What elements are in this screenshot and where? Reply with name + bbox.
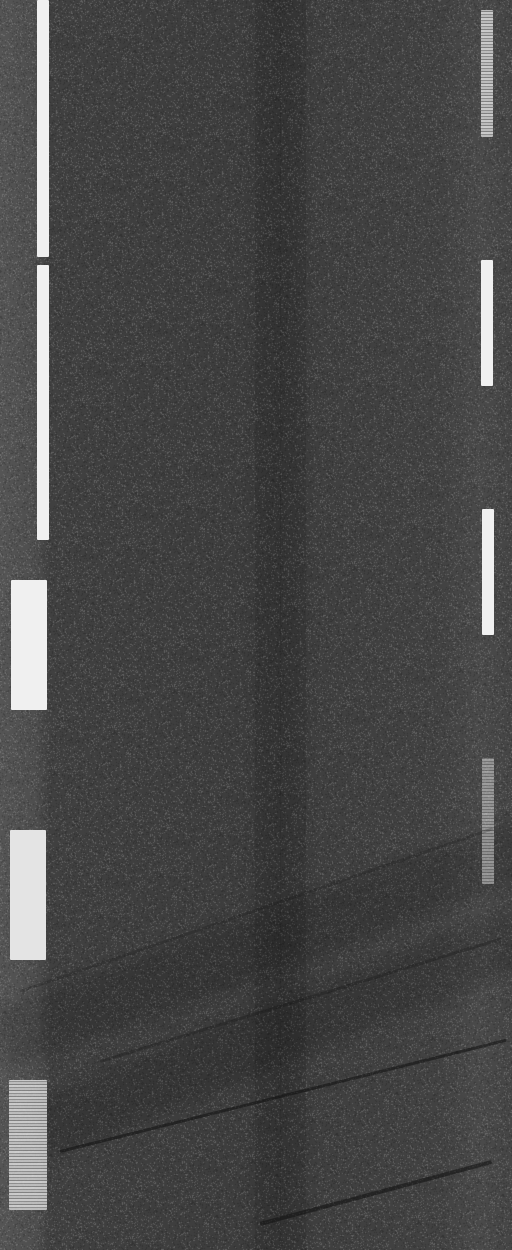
lane-marking-right — [482, 509, 494, 635]
lane-marking-right-faded — [482, 758, 494, 884]
lane-marking-right — [481, 260, 493, 386]
lane-marking-block-worn — [9, 1080, 47, 1210]
lane-marking-block — [10, 830, 46, 960]
lane-marking-block — [11, 580, 47, 710]
road-surface-image — [0, 0, 512, 1250]
lane-marking-left — [37, 265, 49, 540]
lane-marking-left — [37, 0, 49, 257]
lane-marking-right-worn — [481, 10, 493, 137]
